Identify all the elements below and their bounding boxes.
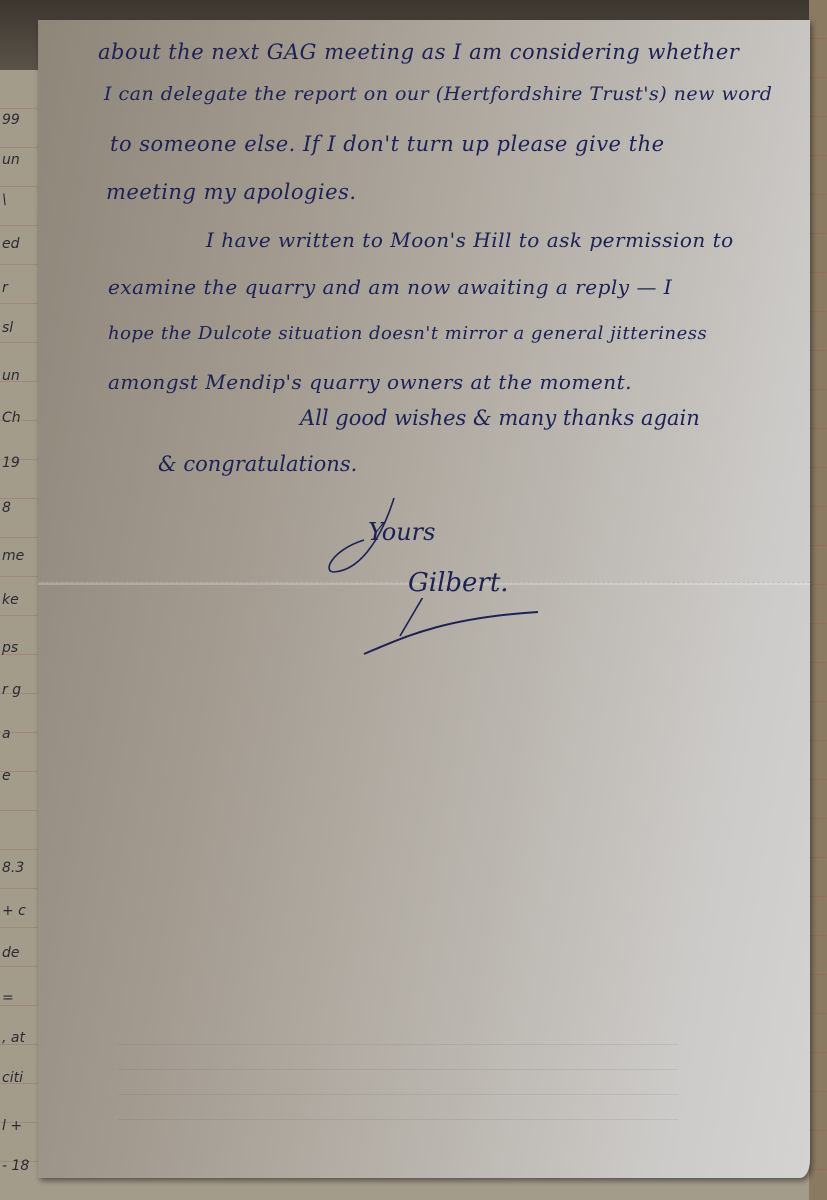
letter-line: to someone else. If I don't turn up plea… bbox=[110, 124, 665, 164]
margin-fragment: sl bbox=[2, 320, 36, 336]
closing-line: & congratulations. bbox=[158, 452, 357, 476]
margin-fragment: , at bbox=[2, 1030, 36, 1046]
letter-line: examine the quarry and am now awaiting a… bbox=[108, 267, 672, 307]
letter-line: hope the Dulcote situation doesn't mirro… bbox=[108, 314, 707, 354]
notebook-margin-text: 99 un \ ed r sl un Ch 19 8 me ke ps r g … bbox=[0, 0, 40, 1200]
margin-fragment: citi bbox=[2, 1070, 36, 1086]
letter-line: meeting my apologies. bbox=[106, 172, 357, 212]
margin-fragment: a bbox=[2, 726, 36, 742]
margin-fragment: un bbox=[2, 152, 36, 168]
signature: Gilbert. bbox=[408, 568, 509, 598]
margin-fragment: de bbox=[2, 945, 36, 961]
margin-fragment: r bbox=[2, 280, 36, 296]
margin-fragment: Ch bbox=[2, 410, 36, 426]
ink-bleed-through bbox=[118, 1020, 678, 1130]
margin-fragment: me bbox=[2, 548, 36, 564]
margin-fragment: ed bbox=[2, 236, 36, 252]
margin-fragment: + c bbox=[2, 903, 36, 919]
margin-fragment: e bbox=[2, 768, 36, 784]
letter-line: I can delegate the report on our (Hertfo… bbox=[104, 74, 772, 114]
margin-fragment: un bbox=[2, 368, 36, 384]
margin-fragment: ps bbox=[2, 640, 36, 656]
margin-fragment: 99 bbox=[2, 112, 36, 128]
margin-fragment: = bbox=[2, 990, 36, 1006]
letter-line: amongst Mendip's quarry owners at the mo… bbox=[108, 362, 632, 402]
margin-fragment: 8 bbox=[2, 500, 36, 516]
margin-fragment: 8.3 bbox=[2, 860, 36, 876]
letter-line: I have written to Moon's Hill to ask per… bbox=[206, 220, 734, 260]
margin-fragment: l + bbox=[2, 1118, 36, 1134]
margin-fragment: - 18 bbox=[2, 1158, 36, 1174]
letter-line: about the next GAG meeting as I am consi… bbox=[98, 32, 739, 72]
margin-fragment: ke bbox=[2, 592, 36, 608]
margin-fragment: r g bbox=[2, 682, 36, 698]
margin-fragment: \ bbox=[2, 192, 36, 208]
closing-line: All good wishes & many thanks again bbox=[300, 406, 700, 430]
notebook-right-edge bbox=[809, 0, 827, 1200]
valediction-loop-icon bbox=[324, 490, 414, 580]
signature-flourish-icon bbox=[362, 598, 542, 658]
letter-sheet: about the next GAG meeting as I am consi… bbox=[38, 20, 810, 1178]
margin-fragment: 19 bbox=[2, 455, 36, 471]
